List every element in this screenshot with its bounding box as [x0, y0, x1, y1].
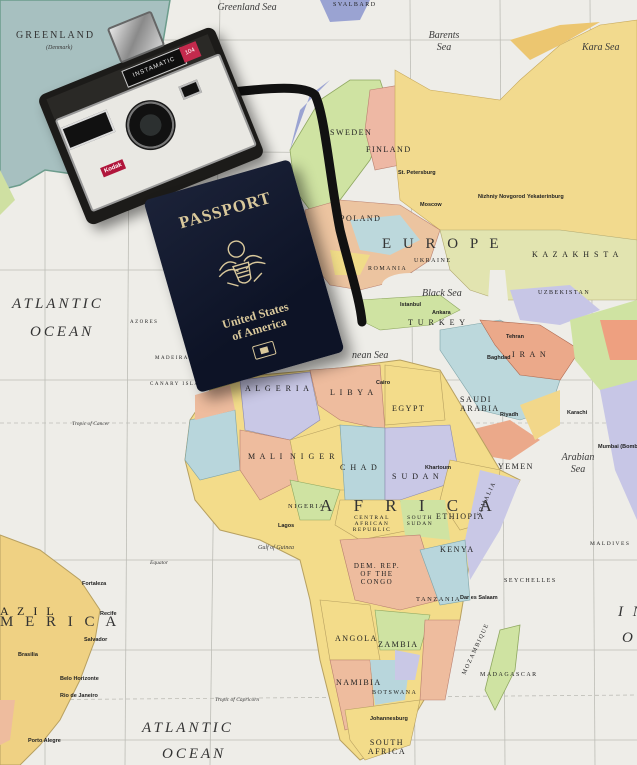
label-egypt: EGYPT	[392, 404, 425, 413]
label-ocean-north: OCEAN	[30, 324, 94, 341]
label-belo: Belo Horizonte	[60, 676, 99, 682]
label-sweden: SWEDEN	[330, 128, 372, 137]
label-st-petersburg: St. Petersburg	[398, 170, 436, 176]
label-niger: N I G E R	[290, 452, 336, 461]
label-south-sudan: SOUTH SUDAN	[404, 515, 436, 527]
label-baghdad: Baghdad	[487, 355, 511, 361]
label-tanzania: TANZANIA	[416, 596, 461, 603]
label-mali: M A L I	[248, 452, 284, 461]
label-europe: E U R O P E	[382, 236, 503, 253]
label-namibia: NAMIBIA	[336, 678, 382, 687]
label-istanbul: Istanbul	[400, 302, 421, 308]
label-greenland-sea: Greenland Sea	[212, 2, 282, 14]
label-madagascar: MADAGASCAR	[480, 672, 538, 678]
label-uzbekistan: UZBEKISTAN	[538, 290, 590, 296]
label-indian-ocean-i: I N	[618, 604, 637, 621]
label-equator: Equator	[150, 557, 168, 569]
label-med-sea: nean Sea	[352, 350, 388, 362]
label-kazakhstan: K A Z A K H S T A	[532, 250, 620, 259]
label-lagos: Lagos	[278, 523, 294, 529]
label-khartoum: Khartoum	[425, 465, 451, 471]
label-moscow: Moscow	[420, 202, 442, 208]
label-johannesburg: Johannesburg	[370, 716, 408, 722]
label-botswana: BOTSWANA	[372, 690, 417, 696]
label-iran: I R A N	[512, 350, 547, 359]
label-nizhniy: Nizhniy Novgorod	[478, 194, 525, 200]
label-atlantic-south: ATLANTIC	[142, 720, 234, 737]
label-ocean-south: OCEAN	[162, 746, 226, 763]
label-saudi: SAUDI ARABIA	[460, 395, 500, 413]
label-dar: Dar es Salaam	[460, 595, 498, 601]
label-black-sea: Black Sea	[422, 288, 462, 300]
label-chad: C H A D	[340, 463, 378, 472]
label-brasilia: Brasilia	[18, 652, 38, 658]
label-cairo: Cairo	[376, 380, 390, 386]
label-arabian-sea: Arabian Sea	[558, 452, 598, 476]
label-indian-ocean-o: O	[622, 630, 636, 647]
label-tehran: Tehran	[506, 334, 524, 340]
label-maldives: MALDIVES	[590, 541, 630, 547]
label-riyadh: Riyadh	[500, 412, 518, 418]
label-greenland-sub: (Denmark)	[46, 42, 72, 54]
label-greenland: GREENLAND	[16, 30, 95, 41]
label-seychelles: SEYCHELLES	[504, 578, 557, 584]
label-mumbai: Mumbai (Bombay)	[598, 444, 637, 450]
label-congo: DEM. REP. OF THE CONGO	[352, 562, 402, 586]
photo-scene: GREENLAND (Denmark) Greenland Sea Barent…	[0, 0, 637, 765]
label-ankara: Ankara	[432, 310, 451, 316]
label-libya: L I B Y A	[330, 388, 375, 397]
label-poland: POLAND	[340, 214, 381, 223]
label-finland: FINLAND	[366, 145, 412, 154]
label-barents-sea: Barents Sea	[424, 30, 464, 54]
label-kara-sea: Kara Sea	[582, 42, 620, 54]
label-kenya: KENYA	[440, 545, 475, 554]
label-fortaleza: Fortaleza	[82, 581, 106, 587]
label-karachi: Karachi	[567, 410, 587, 416]
label-south-africa: SOUTH AFRICA	[365, 738, 409, 756]
label-atlantic-north: ATLANTIC	[12, 296, 104, 313]
label-porto-alegre: Porto Alegre	[28, 738, 61, 744]
label-zambia: ZAMBIA	[378, 640, 419, 649]
label-tropic-cancer: Tropic of Cancer	[72, 418, 109, 430]
label-yekaterinburg: Yekaterinburg	[527, 194, 564, 200]
label-azores: AZORES	[130, 320, 158, 325]
label-rio: Rio de Janeiro	[60, 693, 98, 699]
biometric-chip-icon	[252, 341, 277, 361]
label-svalbard: SVALBARD	[333, 2, 377, 8]
label-turkey: T U R K E Y	[408, 318, 467, 327]
label-car: CENTRAL AFRICAN REPUBLIC	[347, 515, 397, 533]
label-ukraine: UKRAINE	[414, 258, 452, 264]
label-sudan: S U D A N	[392, 472, 440, 481]
label-recife: Recife	[100, 611, 117, 617]
label-salvador: Salvador	[84, 637, 107, 643]
label-tropic-capricorn: Tropic of Capricorn	[215, 694, 259, 706]
label-algeria: A L G E R I A	[245, 384, 310, 393]
label-romania: ROMANIA	[368, 266, 407, 272]
label-angola: ANGOLA	[335, 634, 378, 643]
label-yemen: YEMEN	[498, 462, 534, 471]
label-gulf-guinea: Gulf of Guinea	[258, 542, 294, 554]
eagle-seal-icon	[204, 229, 278, 303]
